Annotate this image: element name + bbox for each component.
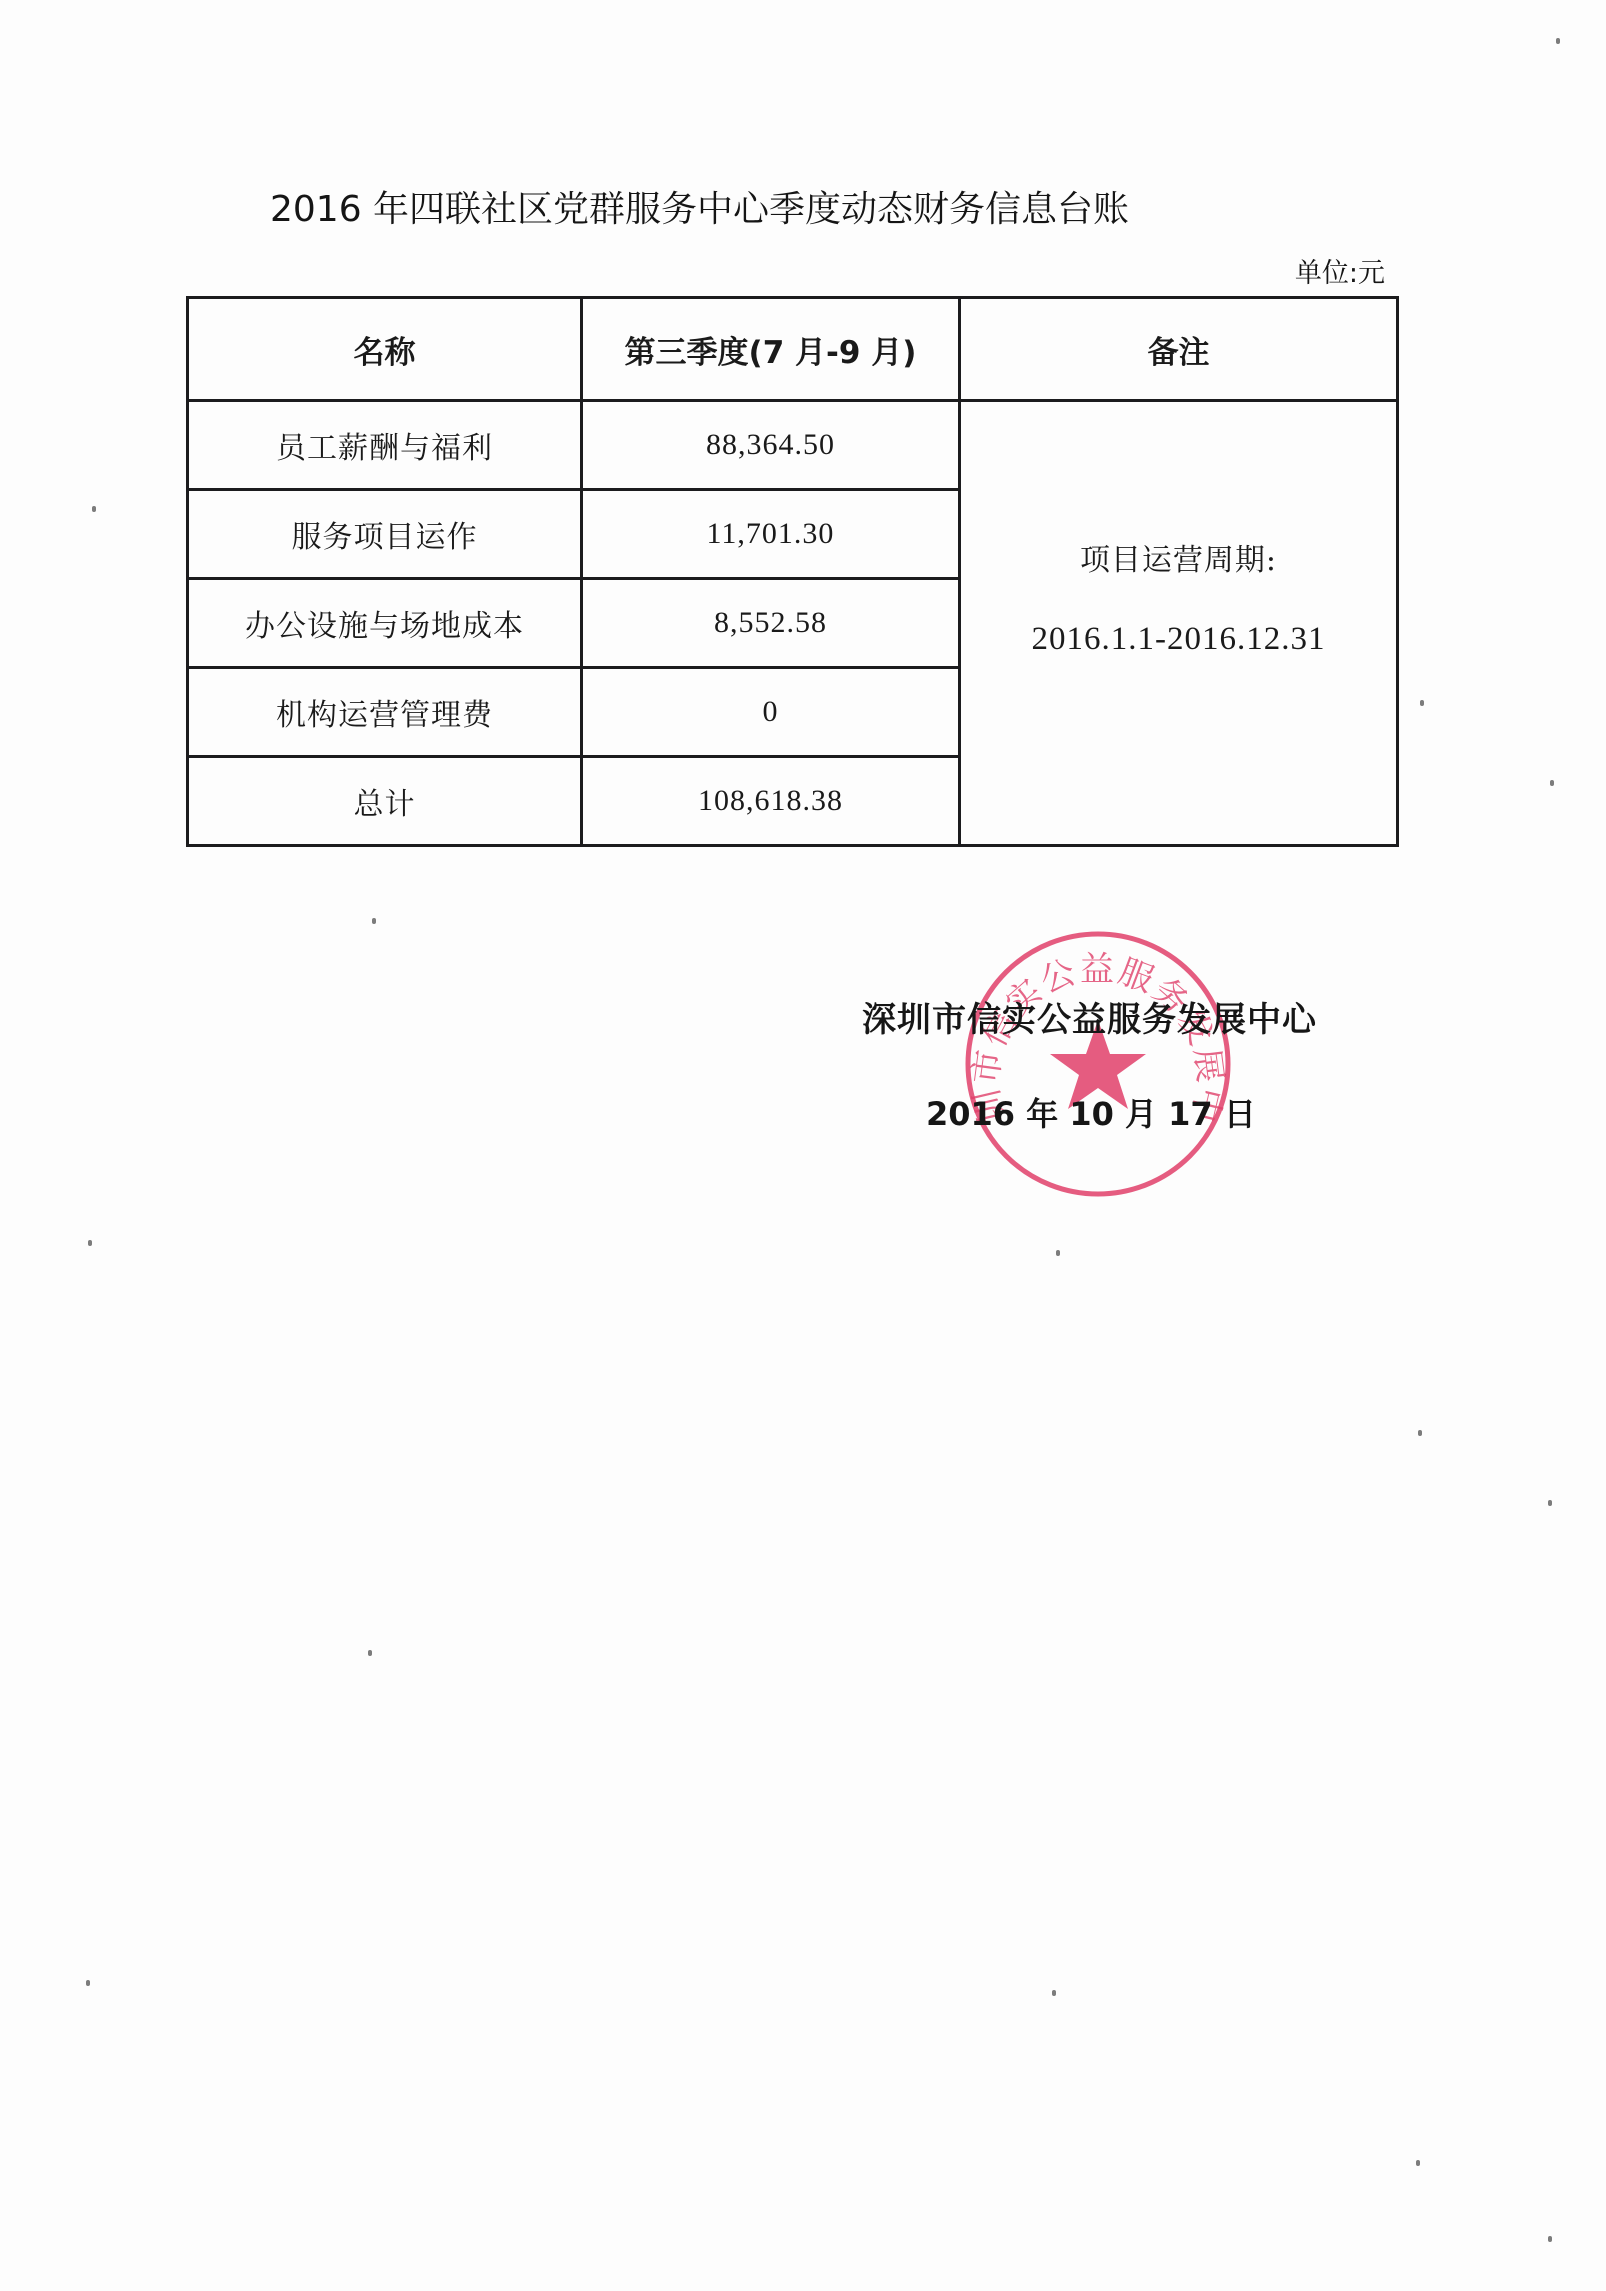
scan-speck bbox=[1548, 1500, 1552, 1506]
remark-block: 项目运营周期: 2016.1.1-2016.12.31 bbox=[961, 542, 1396, 661]
column-header-name: 名称 bbox=[188, 298, 582, 401]
row-amount: 108,618.38 bbox=[582, 757, 960, 846]
scan-speck bbox=[86, 1980, 90, 1986]
scan-speck bbox=[1418, 1430, 1422, 1436]
scan-speck bbox=[1416, 2160, 1420, 2166]
remark-period: 2016.1.1-2016.12.31 bbox=[961, 619, 1396, 660]
scan-speck bbox=[368, 1650, 372, 1656]
table-header-row: 名称 第三季度(7 月-9 月) 备注 bbox=[188, 298, 1398, 401]
scan-speck bbox=[1056, 1250, 1060, 1256]
scan-speck bbox=[1052, 1990, 1056, 1996]
row-name: 总计 bbox=[188, 757, 582, 846]
row-amount: 88,364.50 bbox=[582, 401, 960, 490]
row-name: 机构运营管理费 bbox=[188, 668, 582, 757]
signature-organization: 深圳市信实公益服务发展中心 bbox=[862, 998, 1382, 1042]
row-amount: 11,701.30 bbox=[582, 490, 960, 579]
row-amount: 0 bbox=[582, 668, 960, 757]
scan-speck bbox=[92, 506, 96, 512]
column-header-remark: 备注 bbox=[960, 298, 1398, 401]
row-name: 办公设施与场地成本 bbox=[188, 579, 582, 668]
scan-speck bbox=[1556, 38, 1560, 44]
row-amount: 8,552.58 bbox=[582, 579, 960, 668]
scan-speck bbox=[1420, 700, 1424, 706]
column-header-q3: 第三季度(7 月-9 月) bbox=[582, 298, 960, 401]
official-seal-stamp: 深圳市信实公益服务发展中心 bbox=[962, 928, 1234, 1200]
row-name: 员工薪酬与福利 bbox=[188, 401, 582, 490]
scan-speck bbox=[372, 918, 376, 924]
table-row: 员工薪酬与福利 88,364.50 项目运营周期: 2016.1.1-2016.… bbox=[188, 401, 1398, 490]
scan-speck bbox=[1550, 780, 1554, 786]
scan-speck bbox=[1548, 2236, 1552, 2242]
unit-label: 单位:元 bbox=[1255, 254, 1385, 294]
remark-cell: 项目运营周期: 2016.1.1-2016.12.31 bbox=[960, 401, 1398, 846]
remark-label: 项目运营周期: bbox=[961, 542, 1396, 580]
scan-speck bbox=[88, 1240, 92, 1246]
row-name: 服务项目运作 bbox=[188, 490, 582, 579]
page-title: 2016 年四联社区党群服务中心季度动态财务信息台账 bbox=[270, 186, 1310, 234]
financial-ledger-table: 名称 第三季度(7 月-9 月) 备注 员工薪酬与福利 88,364.50 项目… bbox=[186, 296, 1399, 847]
signature-date: 2016 年 10 月 17 日 bbox=[926, 1092, 1256, 1136]
